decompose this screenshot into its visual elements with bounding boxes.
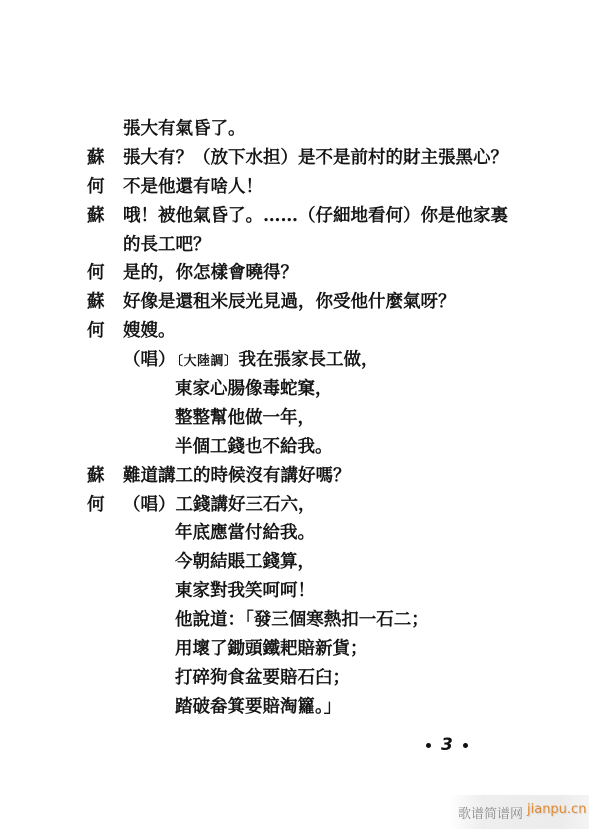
verse-text: 用壞了鋤頭鐵耙賠新貨；	[175, 635, 368, 664]
line-text: 難道講工的時候沒有講好嗎？	[123, 462, 351, 491]
sing-direction: （唱）	[123, 495, 176, 515]
speaker-su: 蘇	[87, 288, 105, 317]
dialogue-line: 蘇 好像是還租米辰光見過，你受他什麼氣呀？	[0, 288, 589, 317]
speaker-su: 蘇	[87, 202, 105, 231]
verse-text: 東家對我笑呵呵！	[175, 577, 315, 606]
song-intro: （唱）工錢講好三石六，	[123, 491, 316, 520]
dialogue-line: 的長工吧？	[0, 231, 589, 260]
dialogue-line: 蘇 哦！被他氣昏了。……（仔細地看何）你是他家裏	[0, 202, 589, 231]
line-text: 工錢講好三石六，	[176, 495, 316, 515]
verse-text: 今朝結賬工錢算，	[175, 548, 315, 577]
verse-text: 半個工錢也不給我。	[175, 433, 333, 462]
verse-text: 打碎狗食盆要賠石臼；	[175, 664, 350, 693]
song-line: 何 （唱）工錢講好三石六，	[0, 491, 589, 520]
song-line: 打碎狗食盆要賠石臼；	[0, 664, 589, 693]
watermark: 歌谱简谱网 jianpu.cn	[448, 795, 589, 829]
song-line: 東家對我笑呵呵！	[0, 577, 589, 606]
line-text: 我在張家長工做，	[239, 350, 379, 370]
line-text: 好像是還租米辰光見過，你受他什麼氣呀？	[123, 288, 456, 317]
dialogue-line: 蘇 難道講工的時候沒有講好嗎？	[0, 462, 589, 491]
page-number-value: 3	[441, 732, 453, 758]
speaker-he: 何	[87, 317, 105, 346]
dialogue-line: 何 嫂嫂。	[0, 317, 589, 346]
tune-name: 〔大陸調〕	[177, 354, 238, 369]
line-text: 哦！被他氣昏了。……（仔細地看何）你是他家裏	[123, 202, 508, 231]
song-line: （唱）〔大陸調〕我在張家長工做，	[0, 346, 589, 375]
song-intro: （唱）〔大陸調〕我在張家長工做，	[123, 346, 379, 377]
page-number: 3	[426, 732, 468, 758]
dialogue-line: 蘇 張大有？（放下水担）是不是前村的財主張黑心？	[0, 144, 589, 173]
dialogue-line: 何 不是他還有啥人！	[0, 173, 589, 202]
verse-text: 整整幫他做一年，	[175, 404, 315, 433]
line-text: 不是他還有啥人！	[123, 173, 263, 202]
line-text: 是的，你怎樣會曉得？	[123, 259, 298, 288]
song-line: 踏破畚箕要賠淘籮。」	[0, 693, 589, 722]
bullet-dot-icon	[463, 743, 468, 748]
line-text: 張大有？（放下水担）是不是前村的財主張黑心？	[123, 144, 508, 173]
line-text: 張大有氣昏了。	[123, 115, 246, 144]
song-line: 年底應當付給我。	[0, 519, 589, 548]
song-line: 半個工錢也不給我。	[0, 433, 589, 462]
line-text: 的長工吧？	[123, 231, 211, 260]
song-line: 整整幫他做一年，	[0, 404, 589, 433]
watermark-site-name: 歌谱简谱网	[458, 803, 523, 822]
speaker-su: 蘇	[87, 462, 105, 491]
dialogue-line: 張大有氣昏了。	[0, 115, 589, 144]
speaker-su: 蘇	[87, 144, 105, 173]
verse-text: 東家心腸像毒蛇窠，	[175, 375, 333, 404]
song-line: 今朝結賬工錢算，	[0, 548, 589, 577]
bullet-dot-icon	[426, 743, 431, 748]
speaker-he: 何	[87, 173, 105, 202]
line-text: 嫂嫂。	[123, 317, 176, 346]
document-page: 張大有氣昏了。 蘇 張大有？（放下水担）是不是前村的財主張黑心？ 何 不是他還有…	[0, 0, 589, 829]
speaker-he: 何	[87, 491, 105, 520]
verse-text: 踏破畚箕要賠淘籮。」	[175, 693, 341, 722]
speaker-he: 何	[87, 259, 105, 288]
song-line: 東家心腸像毒蛇窠，	[0, 375, 589, 404]
sing-direction: （唱）	[123, 350, 176, 370]
watermark-url: jianpu.cn	[527, 802, 586, 817]
script-body: 張大有氣昏了。 蘇 張大有？（放下水担）是不是前村的財主張黑心？ 何 不是他還有…	[0, 115, 589, 722]
song-line: 用壞了鋤頭鐵耙賠新貨；	[0, 635, 589, 664]
verse-text: 他說道：「發三個寒熱扣一石二；	[175, 606, 429, 635]
dialogue-line: 何 是的，你怎樣會曉得？	[0, 259, 589, 288]
verse-text: 年底應當付給我。	[175, 519, 315, 548]
song-line: 他說道：「發三個寒熱扣一石二；	[0, 606, 589, 635]
